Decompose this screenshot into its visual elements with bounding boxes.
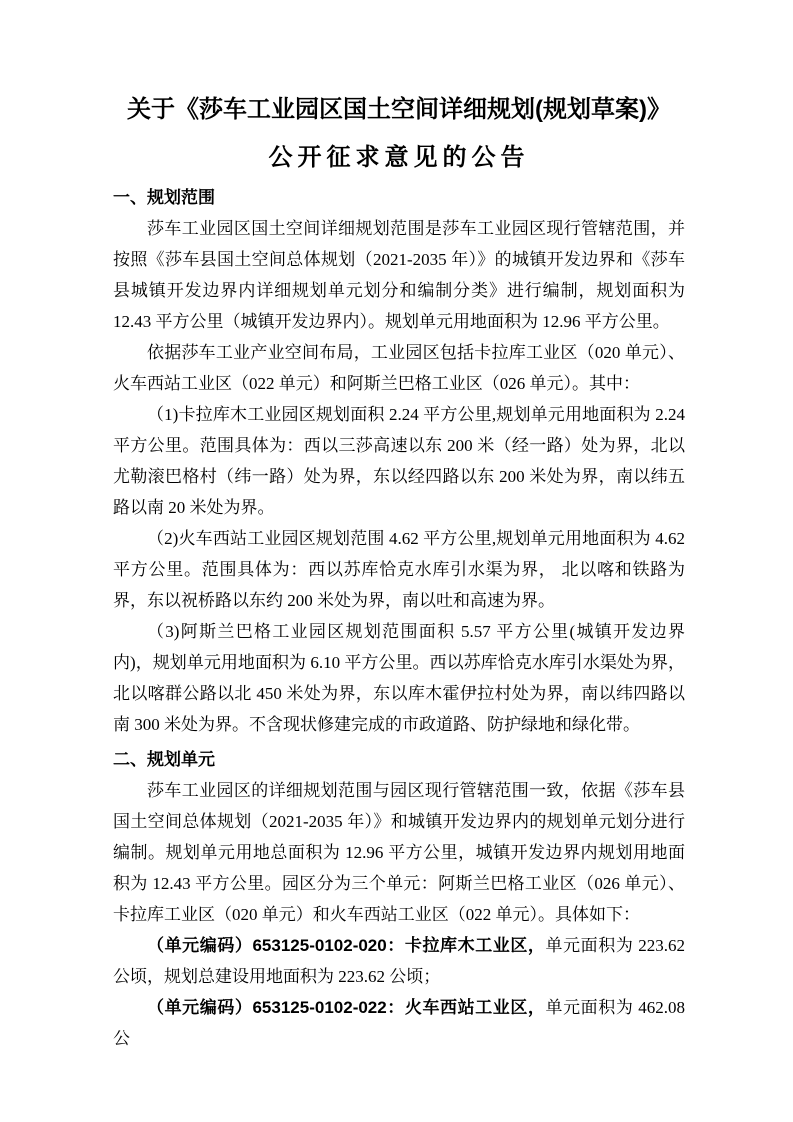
document-page: 关于《莎车工业园区国土空间详细规划(规划草案)》 公开征求意见的公告 一、规划范… xyxy=(0,0,793,1122)
section2-paragraph-1: 莎车工业园区的详细规划范围与园区现行管辖范围一致，依据《莎车县国土空间总体规划（… xyxy=(113,775,685,930)
document-title-line1: 关于《莎车工业园区国土空间详细规划(规划草案)》 xyxy=(127,96,671,123)
section1-paragraph-3: （1)卡拉库木工业园区规划面积 2.24 平方公里,规划单元用地面积为 2.24… xyxy=(113,399,685,523)
document-title: 关于《莎车工业园区国土空间详细规划(规划草案)》 公开征求意见的公告 xyxy=(113,86,685,182)
unit2-code-label: （单元编码）653125-0102-022：火车西站工业区， xyxy=(147,998,546,1017)
section1-paragraph-1: 莎车工业园区国土空间详细规划范围是莎车工业园区现行管辖范围，并按照《莎车县国土空… xyxy=(113,213,685,337)
document-title-line2: 公开征求意见的公告 xyxy=(269,144,530,171)
document-content: 关于《莎车工业园区国土空间详细规划(规划草案)》 公开征求意见的公告 一、规划范… xyxy=(113,86,685,1054)
section2-unit-entry-2: （单元编码）653125-0102-022：火车西站工业区，单元面积为 462.… xyxy=(113,992,685,1054)
section2-heading: 二、规划单元 xyxy=(113,744,685,775)
section1-paragraph-5: （3)阿斯兰巴格工业园区规划范围面积 5.57 平方公里(城镇开发边界内)，规划… xyxy=(113,616,685,740)
section1-paragraph-2: 依据莎车工业产业空间布局，工业园区包括卡拉库工业区（020 单元）、火车西站工业… xyxy=(113,337,685,399)
section2-unit-entry-1: （单元编码）653125-0102-020：卡拉库木工业区，单元面积为 223.… xyxy=(113,930,685,992)
unit1-code-label: （单元编码）653125-0102-020：卡拉库木工业区， xyxy=(147,936,546,955)
section1-heading: 一、规划范围 xyxy=(113,182,685,213)
section1-paragraph-4: （2)火车西站工业园区规划范围 4.62 平方公里,规划单元用地面积为 4.62… xyxy=(113,523,685,616)
